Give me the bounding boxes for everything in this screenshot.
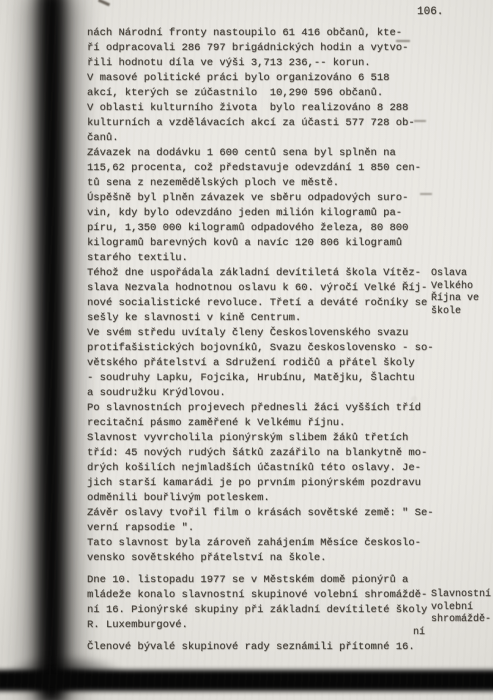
text-line: 115,62 procenta, což představuje odevzdá…	[87, 161, 433, 176]
text-line: R. Luxemburgové.	[87, 618, 433, 633]
text-line: slava Nezvala hodnotnou oslavu k 60. výr…	[87, 281, 433, 296]
paragraph: Závazek na dodávku 1 600 centů sena byl …	[87, 146, 433, 191]
text-line: V masové politické práci bylo organizová…	[87, 71, 433, 86]
paragraph: Úspěšně byl plněn závazek ve sběru odpad…	[87, 191, 433, 266]
text-line: akcí, kterých se zúčastnilo 10,290 596 o…	[87, 86, 433, 101]
paragraph: Dne 10. listopadu 1977 se v Městském dom…	[87, 573, 433, 633]
text-line: Členové bývalé skupinové rady seznámili …	[87, 640, 433, 655]
text-line: volební	[431, 602, 493, 615]
paragraph: V masové politické práci bylo organizová…	[87, 71, 433, 101]
text-line: řili hodnotu díla ve výši 3,713 236,-- k…	[87, 56, 433, 71]
text-line: kulturních a vzdělávacích akcí za účasti…	[87, 116, 433, 131]
text-line: Po slavnostních projevech přednesli žáci…	[87, 401, 433, 416]
text-line: Slavnost vyvrcholila pionýrským slibem ž…	[87, 431, 433, 446]
paragraph: Téhož dne uspořádala základní devítiletá…	[87, 266, 433, 326]
text-line: Velkého	[431, 281, 493, 294]
paragraph: Tato slavnost byla zároveň zahájením Měs…	[87, 536, 433, 566]
text-line: ní	[413, 627, 493, 640]
text-line: V oblasti kulturního života bylo realizo…	[87, 101, 433, 116]
text-line: recitační pásmo zaměřené k Velkému říjnu…	[87, 416, 433, 431]
text-line: starého textilu.	[87, 251, 433, 266]
text-line: čanů.	[87, 131, 433, 146]
text-line: verní rapsodie ".	[87, 521, 433, 536]
paragraph: Ve svém středu uvítaly členy Českosloven…	[87, 326, 433, 401]
text-line: a soudružku Krýdlovou.	[87, 386, 433, 401]
text-line: nách Národní fronty nastoupilo 61 416 ob…	[87, 26, 433, 41]
text-line: tů sena z nezemědělských ploch ve městě.	[87, 176, 433, 191]
text-line: Závěr oslavy tvořil film o krásách sovět…	[87, 506, 433, 521]
paragraph: Slavnost vyvrcholila pionýrským slibem ž…	[87, 431, 433, 506]
scanned-chronicle-page: 106. nách Národní fronty nastoupilo 61 4…	[0, 0, 493, 700]
text-line: Tato slavnost byla zároveň zahájením Měs…	[87, 536, 433, 551]
text-line: Závazek na dodávku 1 600 centů sena byl …	[87, 146, 433, 161]
text-line: vensko sovětského přátelství na škole.	[87, 551, 433, 566]
paragraph: Členové bývalé skupinové rady seznámili …	[87, 640, 433, 655]
paragraph: Po slavnostních projevech přednesli žáci…	[87, 401, 433, 431]
text-line: Dne 10. listopadu 1977 se v Městském dom…	[87, 573, 433, 588]
text-line: sešly ke slavnosti v kině Centrum.	[87, 311, 433, 326]
text-line: tříd: 45 nových rudých šátků zazářilo na…	[87, 446, 433, 461]
text-line: mládeže konalo slavnostní skupinové vole…	[87, 588, 433, 603]
margin-note-slavnostni-volebni-shromazdeni: Slavnostnívolebníshromáždě-ní	[431, 589, 493, 639]
text-line: protifašistických bojovníků, Svazu česko…	[87, 341, 433, 356]
text-line: píru, 1,350 000 kilogramů odpadového žel…	[87, 221, 433, 236]
text-line: vin, kdy bylo odevzdáno jeden milión kil…	[87, 206, 433, 221]
text-line: škole	[431, 306, 493, 319]
text-line: ní 16. Pionýrské skupiny při základní de…	[87, 603, 433, 618]
chronicle-body-text: nách Národní fronty nastoupilo 61 416 ob…	[87, 26, 433, 655]
paragraph: Závěr oslavy tvořil film o krásách sovět…	[87, 506, 433, 536]
text-line: drých košilích nejmladších účastníků tét…	[87, 461, 433, 476]
text-line: Ve svém středu uvítaly členy Českosloven…	[87, 326, 433, 341]
text-line: nové socialistické revoluce. Třetí a dev…	[87, 296, 433, 311]
text-line: Úspěšně byl plněn závazek ve sběru odpad…	[87, 191, 433, 206]
margin-note-oslava-velkeho-rijna: OslavaVelkéhoŘíjna veškole	[431, 268, 493, 318]
text-line: ří odpracovali 286 797 brigádnických hod…	[87, 41, 433, 56]
binding-shadow	[39, 0, 64, 700]
text-line: jich starší kamarádi je po prvním pionýr…	[87, 476, 433, 491]
text-line: Oslava	[431, 268, 493, 281]
paragraph: nách Národní fronty nastoupilo 61 416 ob…	[87, 26, 433, 71]
text-line: kilogramů barevných kovů a navíc 120 806…	[87, 236, 433, 251]
text-line: větského přátelství a Sdružení rodičů a …	[87, 356, 433, 371]
page-number: 106.	[417, 6, 443, 18]
scan-artifact	[98, 0, 110, 6]
text-line: Slavnostní	[431, 589, 493, 602]
scan-edge-bottom-band	[0, 670, 493, 691]
text-line: - soudruhy Lapku, Fojcika, Hrubínu, Matě…	[87, 371, 433, 386]
paragraph: V oblasti kulturního života bylo realizo…	[87, 101, 433, 146]
text-line: shromáždě-	[431, 614, 493, 627]
text-line: Téhož dne uspořádala základní devítiletá…	[87, 266, 433, 281]
text-line: Října ve	[431, 293, 493, 306]
text-line: odměnili bouřlivým potleskem.	[87, 491, 433, 506]
